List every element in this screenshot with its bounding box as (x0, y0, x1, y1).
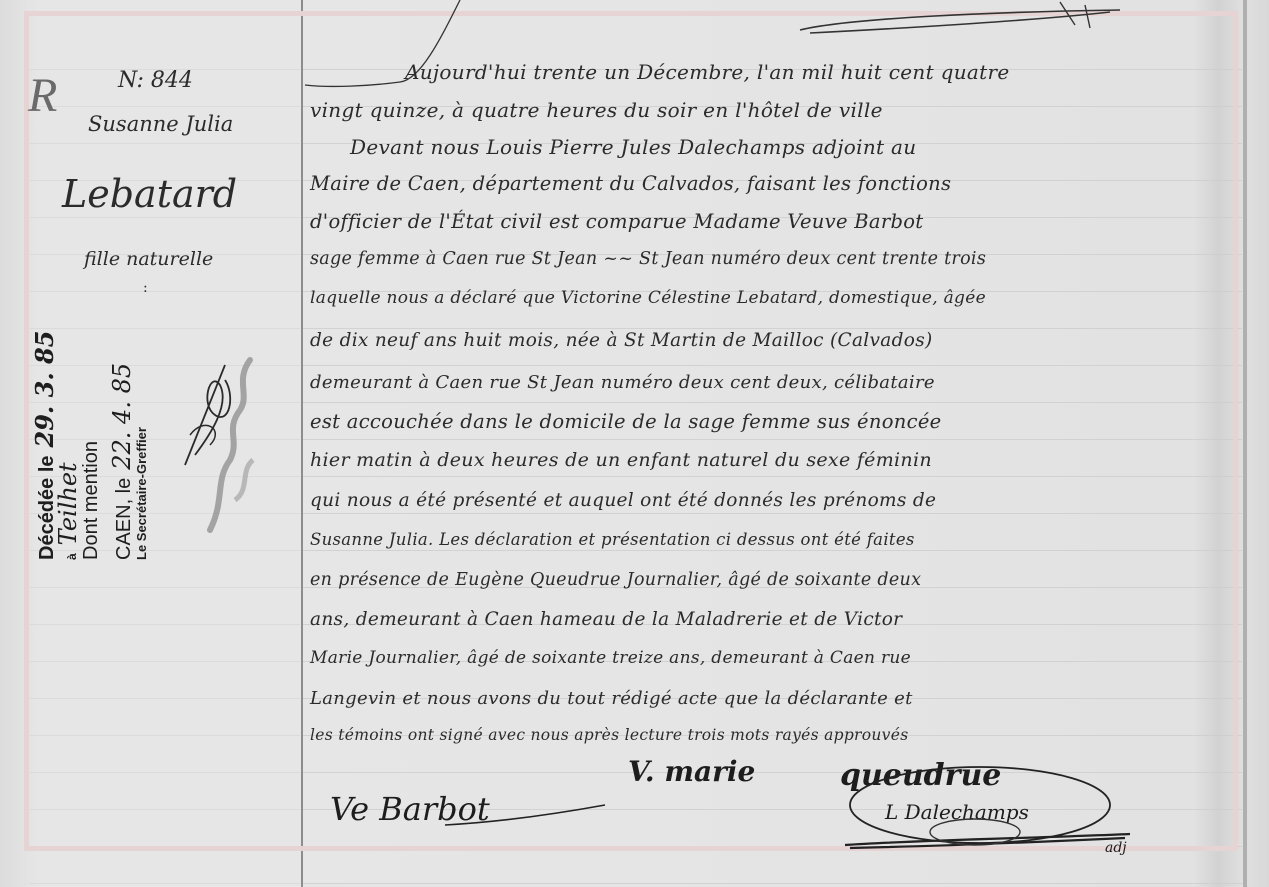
declarant-signature-underline (440, 800, 610, 830)
record-number: N: 844 (118, 68, 193, 93)
body-line-10: est accouchée dans le domicile de la sag… (310, 410, 942, 433)
child-surname: Lebatard (62, 172, 237, 216)
stamp-place-prefix: à (65, 553, 79, 560)
body-line-2: vingt quinze, à quatre heures du soir en… (310, 98, 883, 122)
stamp-mention: Dont mention (80, 441, 103, 560)
margin-divider-line (301, 0, 303, 887)
body-line-5: d'officier de l'État civil est comparue … (310, 210, 923, 233)
body-line-18: les témoins ont signé avec nous après le… (310, 726, 908, 744)
body-line-15: ans, demeurant à Caen hameau de la Malad… (310, 609, 902, 630)
body-line-8: de dix neuf ans huit mois, née à St Mart… (310, 330, 933, 351)
death-mention-stamp: Décédée le29. 3. 85 àTeilhet Dont mentio… (30, 290, 180, 560)
body-line-6: sage femme à Caen rue St Jean ~~ St Jean… (310, 249, 986, 269)
body-line-3: Devant nous Louis Pierre Jules Dalechamp… (350, 135, 916, 159)
stamp-caen-label: CAEN, le (113, 478, 135, 560)
officer-signature-flourish (840, 760, 1140, 860)
body-line-4: Maire de Caen, département du Calvados, … (310, 172, 951, 195)
body-line-7: laquelle nous a déclaré que Victorine Cé… (310, 288, 986, 308)
body-line-17: Langevin et nous avons du tout rédigé ac… (310, 688, 913, 709)
stamp-death-date: 29. 3. 85 (30, 331, 59, 448)
body-line-11: hier matin à deux heures de un enfant na… (310, 449, 932, 471)
signature-witness-marie: V. marie (628, 755, 755, 788)
filiation-note: fille naturelle (84, 248, 213, 270)
faint-record-number-stamp (195, 340, 265, 540)
stamp-secretary: Le Secrétaire-Greffier (134, 427, 149, 560)
body-line-16: Marie Journalier, âgé de soixante treize… (310, 648, 911, 668)
child-given-names: Susanne Julia (88, 112, 233, 136)
body-line-12: qui nous a été présenté et auquel ont ét… (310, 490, 936, 511)
page-fold-edge (1243, 0, 1247, 887)
stamp-mention-date: 22. 4. 85 (108, 363, 136, 470)
body-line-14: en présence de Eugène Queudrue Journalie… (310, 570, 921, 590)
stamp-line-place: àTeilhet (54, 462, 82, 560)
register-letter: R (28, 68, 57, 123)
previous-act-signature-flourish (790, 0, 1130, 40)
stamp-line-caen: CAEN, le22. 4. 85 (108, 363, 136, 560)
body-line-13: Susanne Julia. Les déclaration et présen… (310, 530, 915, 549)
body-line-1: Aujourd'hui trente un Décembre, l'an mil… (405, 60, 1009, 84)
ruled-lines-body (302, 0, 1242, 887)
stamp-death-place: Teilhet (54, 462, 82, 545)
body-line-9: demeurant à Caen rue St Jean numéro deux… (310, 372, 935, 393)
